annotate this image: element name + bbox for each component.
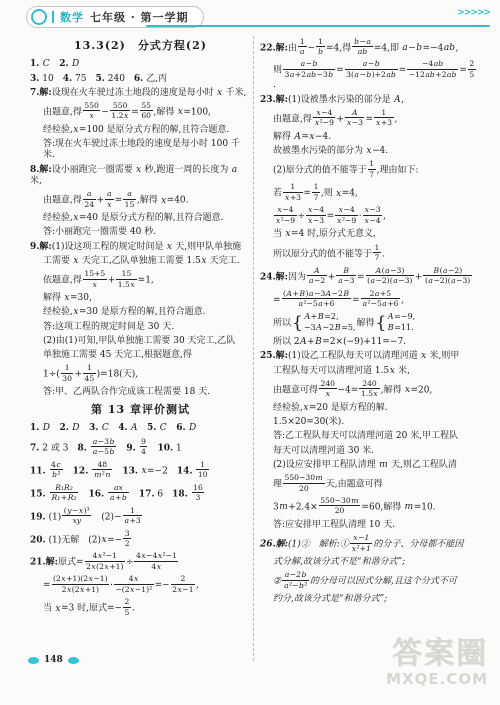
answer-line: (2)由(1)可知,甲队单独施工需要 30 天完工,乙队 (30, 334, 251, 348)
fraction: 22x−1 (171, 574, 195, 594)
answer-line: 则a−b3a+2ab−3b=a−b3(a−b)+2ab=−4ab−12ab+2a… (260, 59, 478, 93)
answer-line: 由题意,得a24+ax=a15,解得 x=40. (30, 189, 251, 212)
fraction: 25 (123, 597, 131, 617)
fraction: 17 (368, 159, 376, 179)
logo-ring-icon (31, 9, 47, 25)
fraction: 151.5x (116, 269, 136, 289)
answer-line: 1÷(130+145)=18(天), (30, 363, 251, 386)
watermark: 答案圈 MXQE.COM (386, 639, 488, 687)
fraction: Ax−3 (345, 108, 365, 128)
answer-line: 依题意,得15+5x+151.5x=1, (30, 269, 251, 292)
fraction: x−3x−4 (363, 205, 383, 225)
fraction: a24 (83, 189, 96, 209)
chapter13-test-answers: 1. D 2. D 3. C 4. A 5. C 6. D7. 2 或 3 8.… (30, 422, 251, 620)
fraction: 4x−(2x−1)² (114, 574, 154, 594)
fraction: ax (105, 189, 114, 209)
fraction: B(a−2)(a−2)(a−3) (423, 266, 471, 286)
answer-line: 答:甲、乙两队合作完成该工程需要 18 天. (30, 386, 251, 400)
fraction: 25 (468, 59, 476, 79)
answer-line: 7. 2 或 3 8. a−3ba−5b 9. 94 10. 1 (30, 436, 251, 459)
fraction: 2401.5x (359, 379, 379, 399)
answer-line: 23.解:(1)设被墨水污染的部分是 A, (260, 93, 478, 107)
watermark-logo: 答案圈 (386, 639, 488, 669)
subject-logo: 数学 (60, 9, 84, 25)
section-13-3-2-answers: 1. C 2. D3. 10 4. 75 5. 240 6. 乙,丙7.解:设现… (30, 58, 251, 400)
answer-line: (2)设应安排甲工程队清理 m 天,则乙工程队清 (260, 458, 478, 472)
equation-system: {A=−9,B=11. (375, 312, 415, 334)
answer-line: 所以原分式的值不能等于17. (260, 242, 478, 265)
fraction: 550−30m20 (319, 496, 361, 516)
fraction: a−b3(a−b)+2ab (345, 59, 398, 79)
fraction: a−b3a+2ab−3b (283, 59, 335, 79)
fraction: 5560 (140, 101, 153, 121)
answer-line: 3. 10 4. 75 5. 240 6. 乙,丙 (30, 72, 251, 86)
left-column: 13.3(2) 分式方程(2) 1. C 2. D3. 10 4. 75 5. … (30, 36, 251, 620)
answer-line: 所以 2A+B=2×(−9)+11=−7. (260, 336, 478, 350)
page-number-footer: 148 (28, 655, 79, 665)
fraction: 32 (123, 529, 131, 549)
fraction: 94 (140, 437, 148, 457)
fraction: 1a+3 (123, 506, 143, 526)
fraction: Ba−3 (336, 266, 356, 286)
answer-line: =(A+B)a−3A−2Ba²−5a+6=2a+5a²−5a+6, (260, 288, 478, 311)
answer-line: 答:应安排甲工程队清理 10 天. (260, 518, 478, 532)
answer-line: 21.解:原式=4x²−12x(2x+1)÷4x−4x²−14x (30, 551, 251, 574)
answer-line: =(2x+1)(2x−1)2x(2x+1)·4x−(2x−1)²=−22x−1, (30, 574, 251, 597)
fraction: 17 (312, 182, 320, 202)
answer-line: 当 x=3 时,原式=−25. (30, 597, 251, 620)
chapter13-test-answers-continued: 22.解:由1a−1b=4,得b−aab=4,即 a−b=−4ab,则a−b3a… (260, 36, 478, 607)
fraction: 17 (373, 243, 381, 263)
fraction: a−3ba−5b (91, 437, 117, 457)
answer-line: 工需要 x 天完工,乙队单独施工需要 1.5x 天完工. (30, 254, 251, 268)
fraction: 4x−4x²−14x (134, 551, 178, 571)
answer-key-page: 数学 七年级 · 第一学期 >>>>> 13.3(2) 分式方程(2) 1. C… (0, 0, 500, 705)
fraction: 110 (196, 460, 209, 480)
answer-line: 答:乙工程队每天可以清理河道 20 米,甲工程队 (260, 430, 478, 444)
fraction: 1x+3 (374, 108, 394, 128)
section-title-chapter13-test: 第 13 章评价测试 (30, 403, 251, 417)
answer-line: (2)原分式的值不能等于17,理由如下: (260, 159, 478, 182)
fraction: 163 (192, 483, 205, 503)
right-column: 22.解:由1a−1b=4,得b−aab=4,即 a−b=−4ab,则a−b3a… (260, 36, 478, 607)
answer-line: 11. 4cb² 12. 48m²n 13. x=−2 14. 110 (30, 459, 251, 482)
answer-line: 1.5×20=30(米). (260, 416, 478, 430)
answer-line: 故被墨水污染的部分为 x−4. (260, 145, 478, 159)
fraction: axa+b (108, 483, 129, 503)
fraction: 4x²−12x(2x+1) (85, 551, 125, 571)
answer-line: 1. C 2. D (30, 58, 251, 72)
fraction: 1x+3 (283, 182, 303, 202)
fraction: a15 (123, 189, 136, 209)
answer-line: 单独施工需要 45 天完工,根据题意,得 (30, 349, 251, 363)
fraction: 1b (316, 37, 325, 57)
fraction: x−4x²−9 (274, 205, 297, 225)
fraction: 130 (61, 363, 74, 383)
page-number: 148 (44, 655, 63, 665)
answer-line: 约分,故该分式是“和谐分式”; (260, 593, 478, 607)
answer-line: x−4x²−9÷x−4x−3=x−4x²−9·x−3x−4, (260, 205, 478, 228)
answer-line: 解得 x=30, (30, 292, 251, 306)
answer-line: 解得 A=x−4. (260, 130, 478, 144)
answer-line: 20. (1)无解 (2)x=−32 (30, 528, 251, 551)
fraction: (A+B)a−3A−2Ba²−5a+6 (282, 289, 351, 309)
answer-line: 当 x=4 时,原分式无意义, (260, 228, 478, 242)
answer-line: 1. D 2. D 3. C 4. A 5. C 6. D (30, 422, 251, 436)
fraction: 145 (83, 363, 96, 383)
answer-line: 理550−30m20天,由题意可得 (260, 473, 478, 496)
watermark-site: MXQE.COM (386, 672, 488, 687)
answer-line: 经检验,x=100 是原分式方程的解,且符合题意. (30, 123, 251, 137)
answer-line: 15. R₁R₂R₁+R₂ 16. axa+b 17. 6 18. 163 (30, 482, 251, 505)
fraction: x−1x²+1 (350, 533, 373, 553)
answer-line: 所以{A+B=2,−3A−2B=5,解得{A=−9,B=11. (260, 311, 478, 336)
answer-line: 经检验,x=20 是原方程的解. (260, 401, 478, 415)
answer-line: 答:小丽跑完一圈需要 40 秒. (30, 226, 251, 240)
fraction: 4cb² (50, 460, 63, 480)
fraction: −4ab−12ab+2ab (407, 59, 458, 79)
fraction: 15+5x (83, 269, 107, 289)
answer-line: 7.解:设现在火车驶过冻土地段的速度是每小时 x 千米, (30, 86, 251, 100)
equation-system: {A+B=2,−3A−2B=5, (292, 312, 355, 334)
answer-line: 由题意,得550x−5501.2x=5560,解得 x=100, (30, 101, 251, 124)
fraction: 550−30m20 (283, 473, 325, 493)
header-rule (146, 25, 490, 27)
answer-line: 25.解:(1)设乙工程队每天可以清理河道 x 米,则甲 (260, 350, 478, 364)
fraction: 1a (298, 37, 307, 57)
answer-line: 若1x+3=17,则 x=4, (260, 182, 478, 205)
header-divider-bar (52, 11, 54, 23)
fraction: (y−x)³xy (62, 506, 91, 526)
answer-line: 由题意,得x−4x²−9+Ax−3=1x+3, (260, 107, 478, 130)
fraction: x−4x−3 (306, 205, 326, 225)
fraction: a−2ba²−b² (282, 570, 309, 590)
fraction: Aa−2 (307, 266, 327, 286)
fraction: x−4x²−9 (313, 108, 336, 128)
answer-line: ②a−2ba²−b²的分母可以因式分解,且这个分式不可 (260, 570, 478, 593)
answer-line: 22.解:由1a−1b=4,得b−aab=4,即 a−b=−4ab, (260, 36, 478, 59)
page-header: 数学 七年级 · 第一学期 >>>>> (26, 6, 490, 30)
column-divider (253, 36, 254, 661)
fraction: 48m²n (92, 460, 112, 480)
answer-line: 8.解:设小丽跑完一圈需要 x 秒,跑道一周的长度为 a 米, (30, 163, 251, 189)
answer-line: 9.解:(1)设这项工程的规定时间是 x 天,则甲队单独施 (30, 240, 251, 254)
fraction: 2a+5a²−5a+6 (361, 289, 401, 309)
fraction: R₁R₂R₁+R₂ (50, 483, 79, 503)
answer-line: 式分解,故该分式不是“和谐分式”; (260, 556, 478, 570)
fraction: b−aab (352, 37, 373, 57)
fraction: x−4x²−9 (335, 205, 358, 225)
answer-line: 24.解:因为Aa−2+Ba−3=A(a−3)(a−2)(a−3)+B(a−2)… (260, 265, 478, 288)
fraction: 240x (319, 379, 337, 399)
answer-line: 3m+2.4×550−30m20=60,解得 m=10. (260, 496, 478, 519)
answer-line: 工程队每天可以清理河道 1.5x 米, (260, 364, 478, 378)
fraction: 5501.2x (110, 101, 130, 121)
chevrons-icon: >>>>> (457, 8, 490, 18)
answer-line: 经检验,x=30 是原方程的解,且符合题意. (30, 306, 251, 320)
section-title-13-3-2: 13.3(2) 分式方程(2) (30, 39, 251, 53)
footer-dot-icon (28, 657, 39, 664)
footer-dot-icon (68, 657, 79, 664)
answer-line: 由题意可得240x−4=2401.5x,解得 x=20, (260, 378, 478, 401)
fraction: 550x (83, 101, 101, 121)
answer-line: 19. (1)(y−x)³xy (2)−1a+3 (30, 505, 251, 528)
answer-line: 答:这项工程的规定时间是 30 天. (30, 320, 251, 334)
answer-line: 经检验,x=40 是原分式方程的解,且符合题意. (30, 212, 251, 226)
answer-line: 26.解:(1)② 解析:①x−1x²+1的分子、分母都不能因 (260, 533, 478, 556)
fraction: A(a−3)(a−2)(a−3) (366, 266, 414, 286)
fraction: (2x+1)(2x−1)2x(2x+1) (52, 574, 110, 594)
answer-line: 每天可以清理河道 30 米. (260, 444, 478, 458)
answer-line: 答:现在火车驶过冻土地段的速度是每小时 100 千米. (30, 138, 251, 164)
edition-title: 七年级 · 第一学期 (90, 9, 189, 25)
